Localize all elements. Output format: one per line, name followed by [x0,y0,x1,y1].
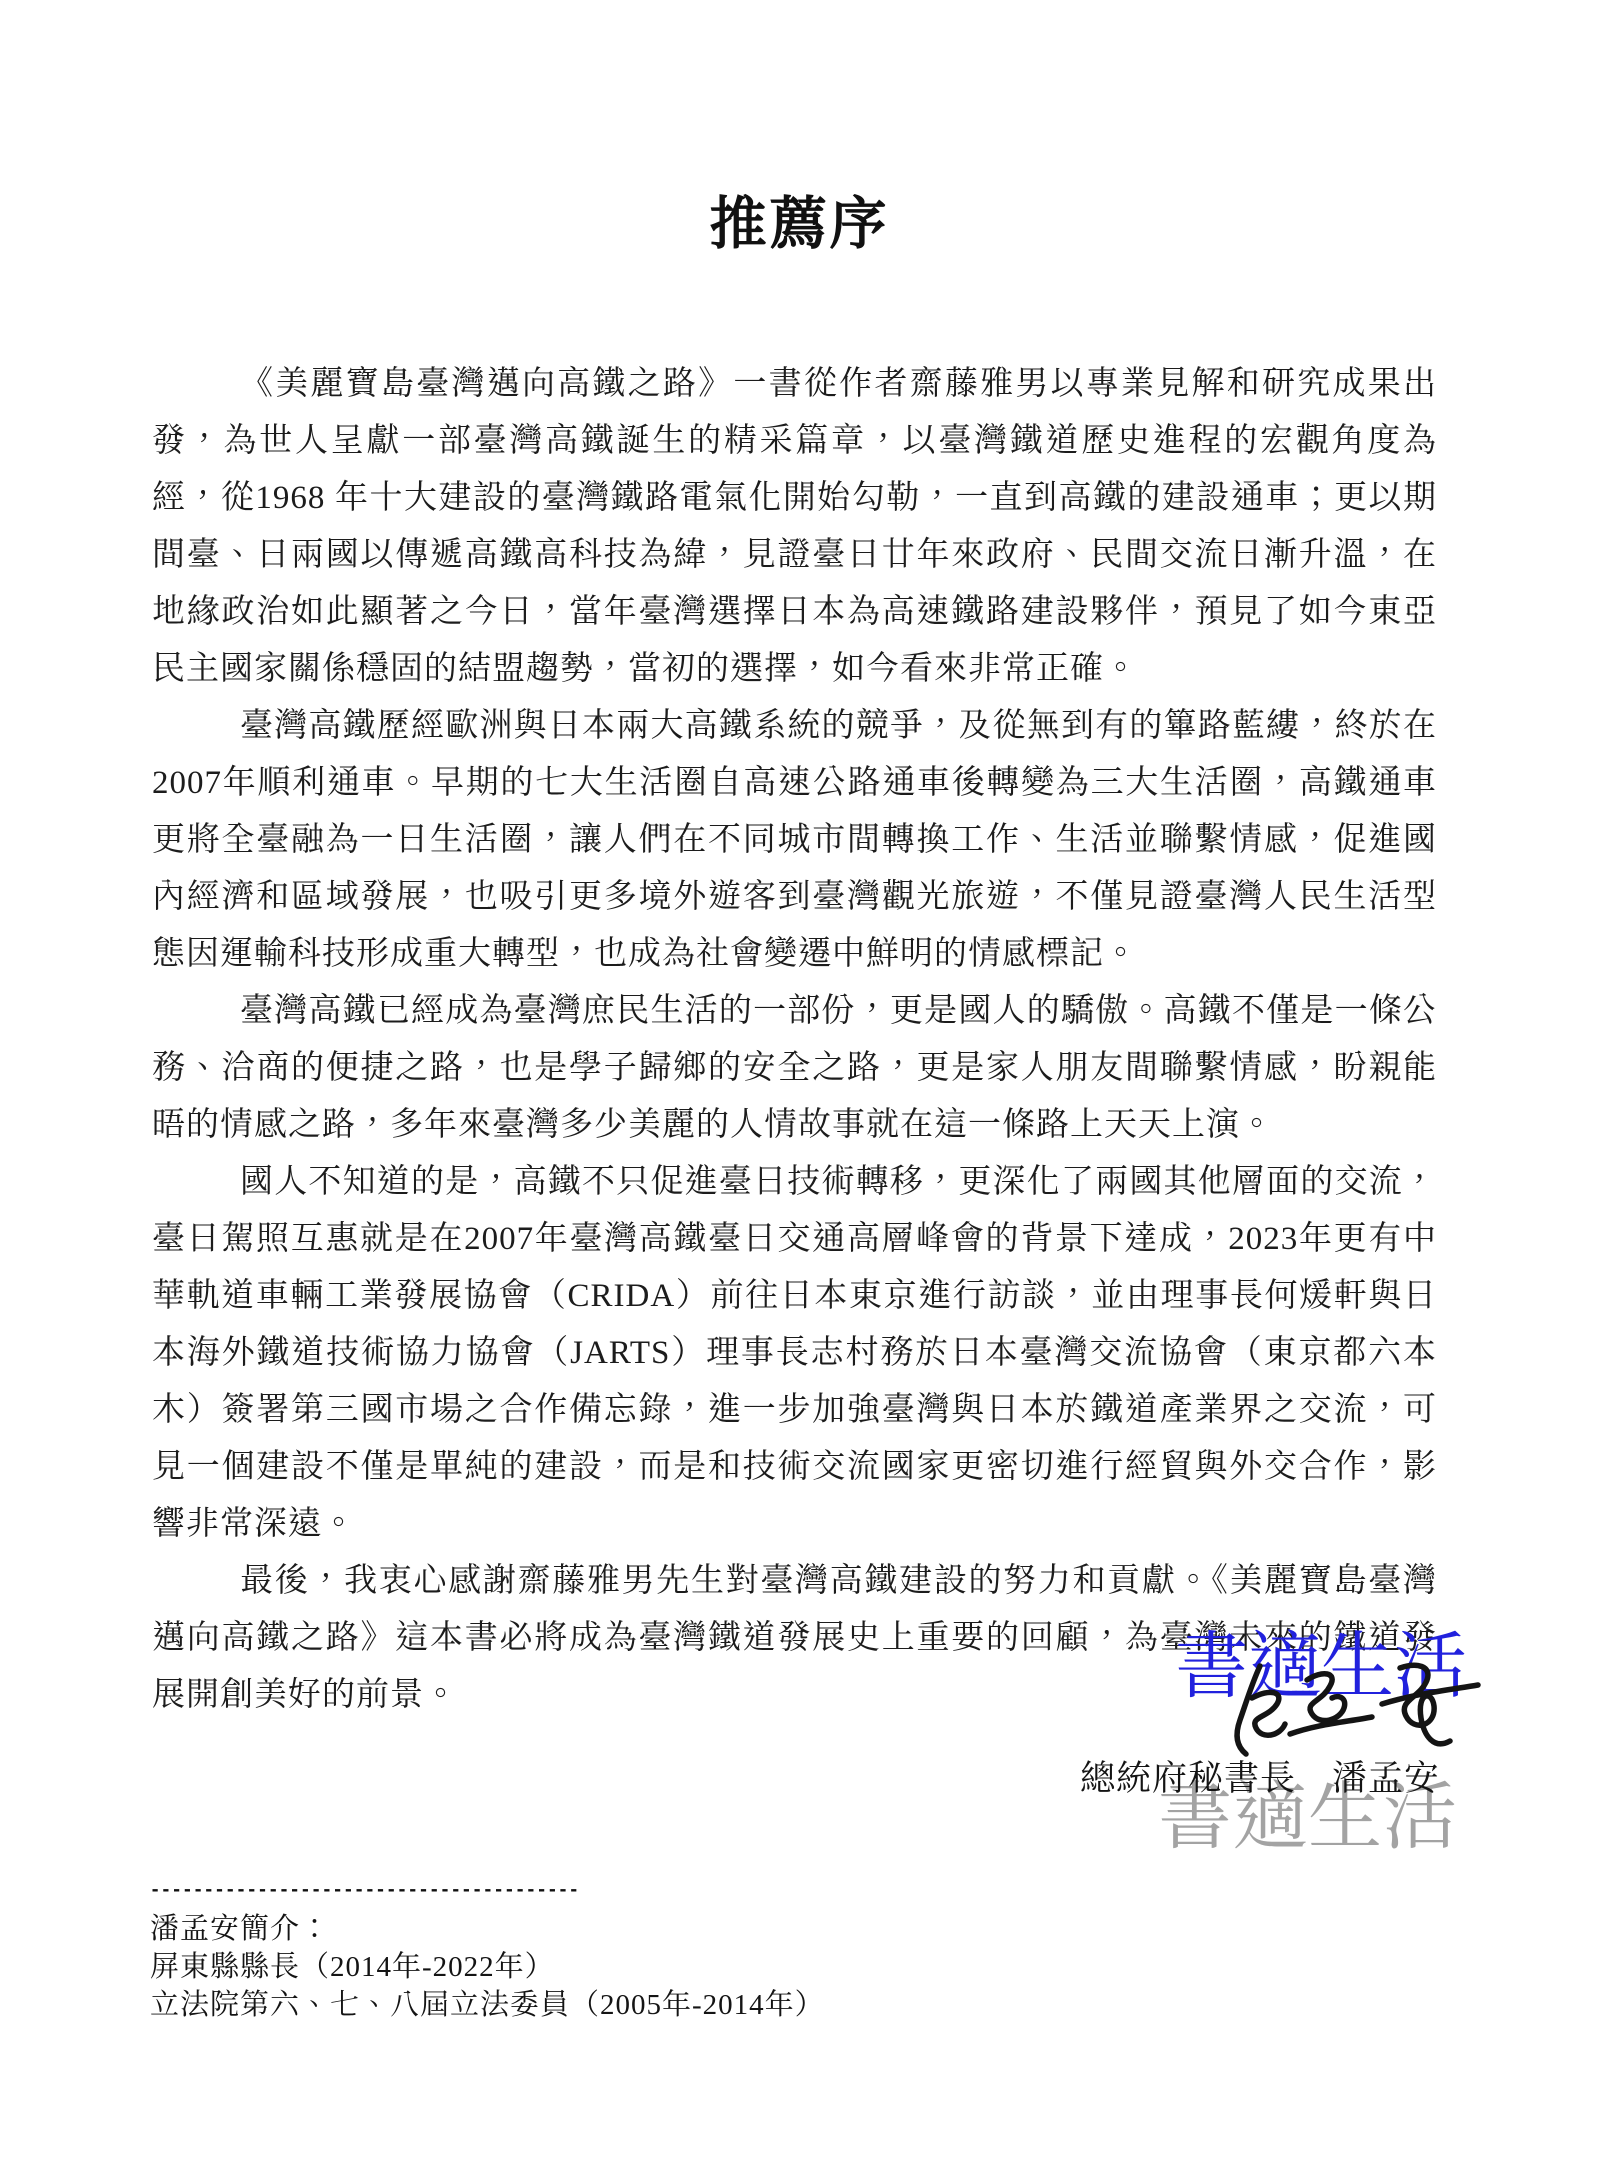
signature-stroke [1252,1692,1285,1735]
signature-stroke [1307,1674,1345,1721]
document-page: 推薦序 《美麗寶島臺灣邁向高鐵之路》一書從作者齋藤雅男以專業見解和研究成果出發，… [0,0,1599,2184]
bio-item-legislator: 立法院第六、七、八屆立法委員（2005年-2014年） [150,1986,1050,2024]
bio-heading: 潘孟安簡介： [150,1910,1050,1948]
signature-stroke [1237,1666,1260,1754]
signature-stroke [1400,1665,1450,1744]
paragraph-2: 臺灣高鐵歷經歐洲與日本兩大高鐵系統的競爭，及從無到有的篳路藍縷，終於在2007年… [152,698,1437,983]
bio-item-governor: 屏東縣縣長（2014年-2022年） [150,1948,1050,1986]
page-title: 推薦序 [0,178,1599,260]
bio-section: ----------------------------------------… [150,1880,1050,2024]
divider-dashes: ---------------------------------------- [150,1880,1050,1900]
signature-handwriting [1222,1652,1492,1764]
paragraph-4: 國人不知道的是，高鐵不只促進臺日技術轉移，更深化了兩國其他層面的交流，臺日駕照互… [152,1154,1437,1553]
preface-body: 《美麗寶島臺灣邁向高鐵之路》一書從作者齋藤雅男以專業見解和研究成果出發，為世人呈… [152,356,1437,1724]
paragraph-1: 《美麗寶島臺灣邁向高鐵之路》一書從作者齋藤雅男以專業見解和研究成果出發，為世人呈… [152,356,1437,698]
paragraph-3: 臺灣高鐵已經成為臺灣庶民生活的一部份，更是國人的驕傲。高鐵不僅是一條公務、洽商的… [152,983,1437,1154]
